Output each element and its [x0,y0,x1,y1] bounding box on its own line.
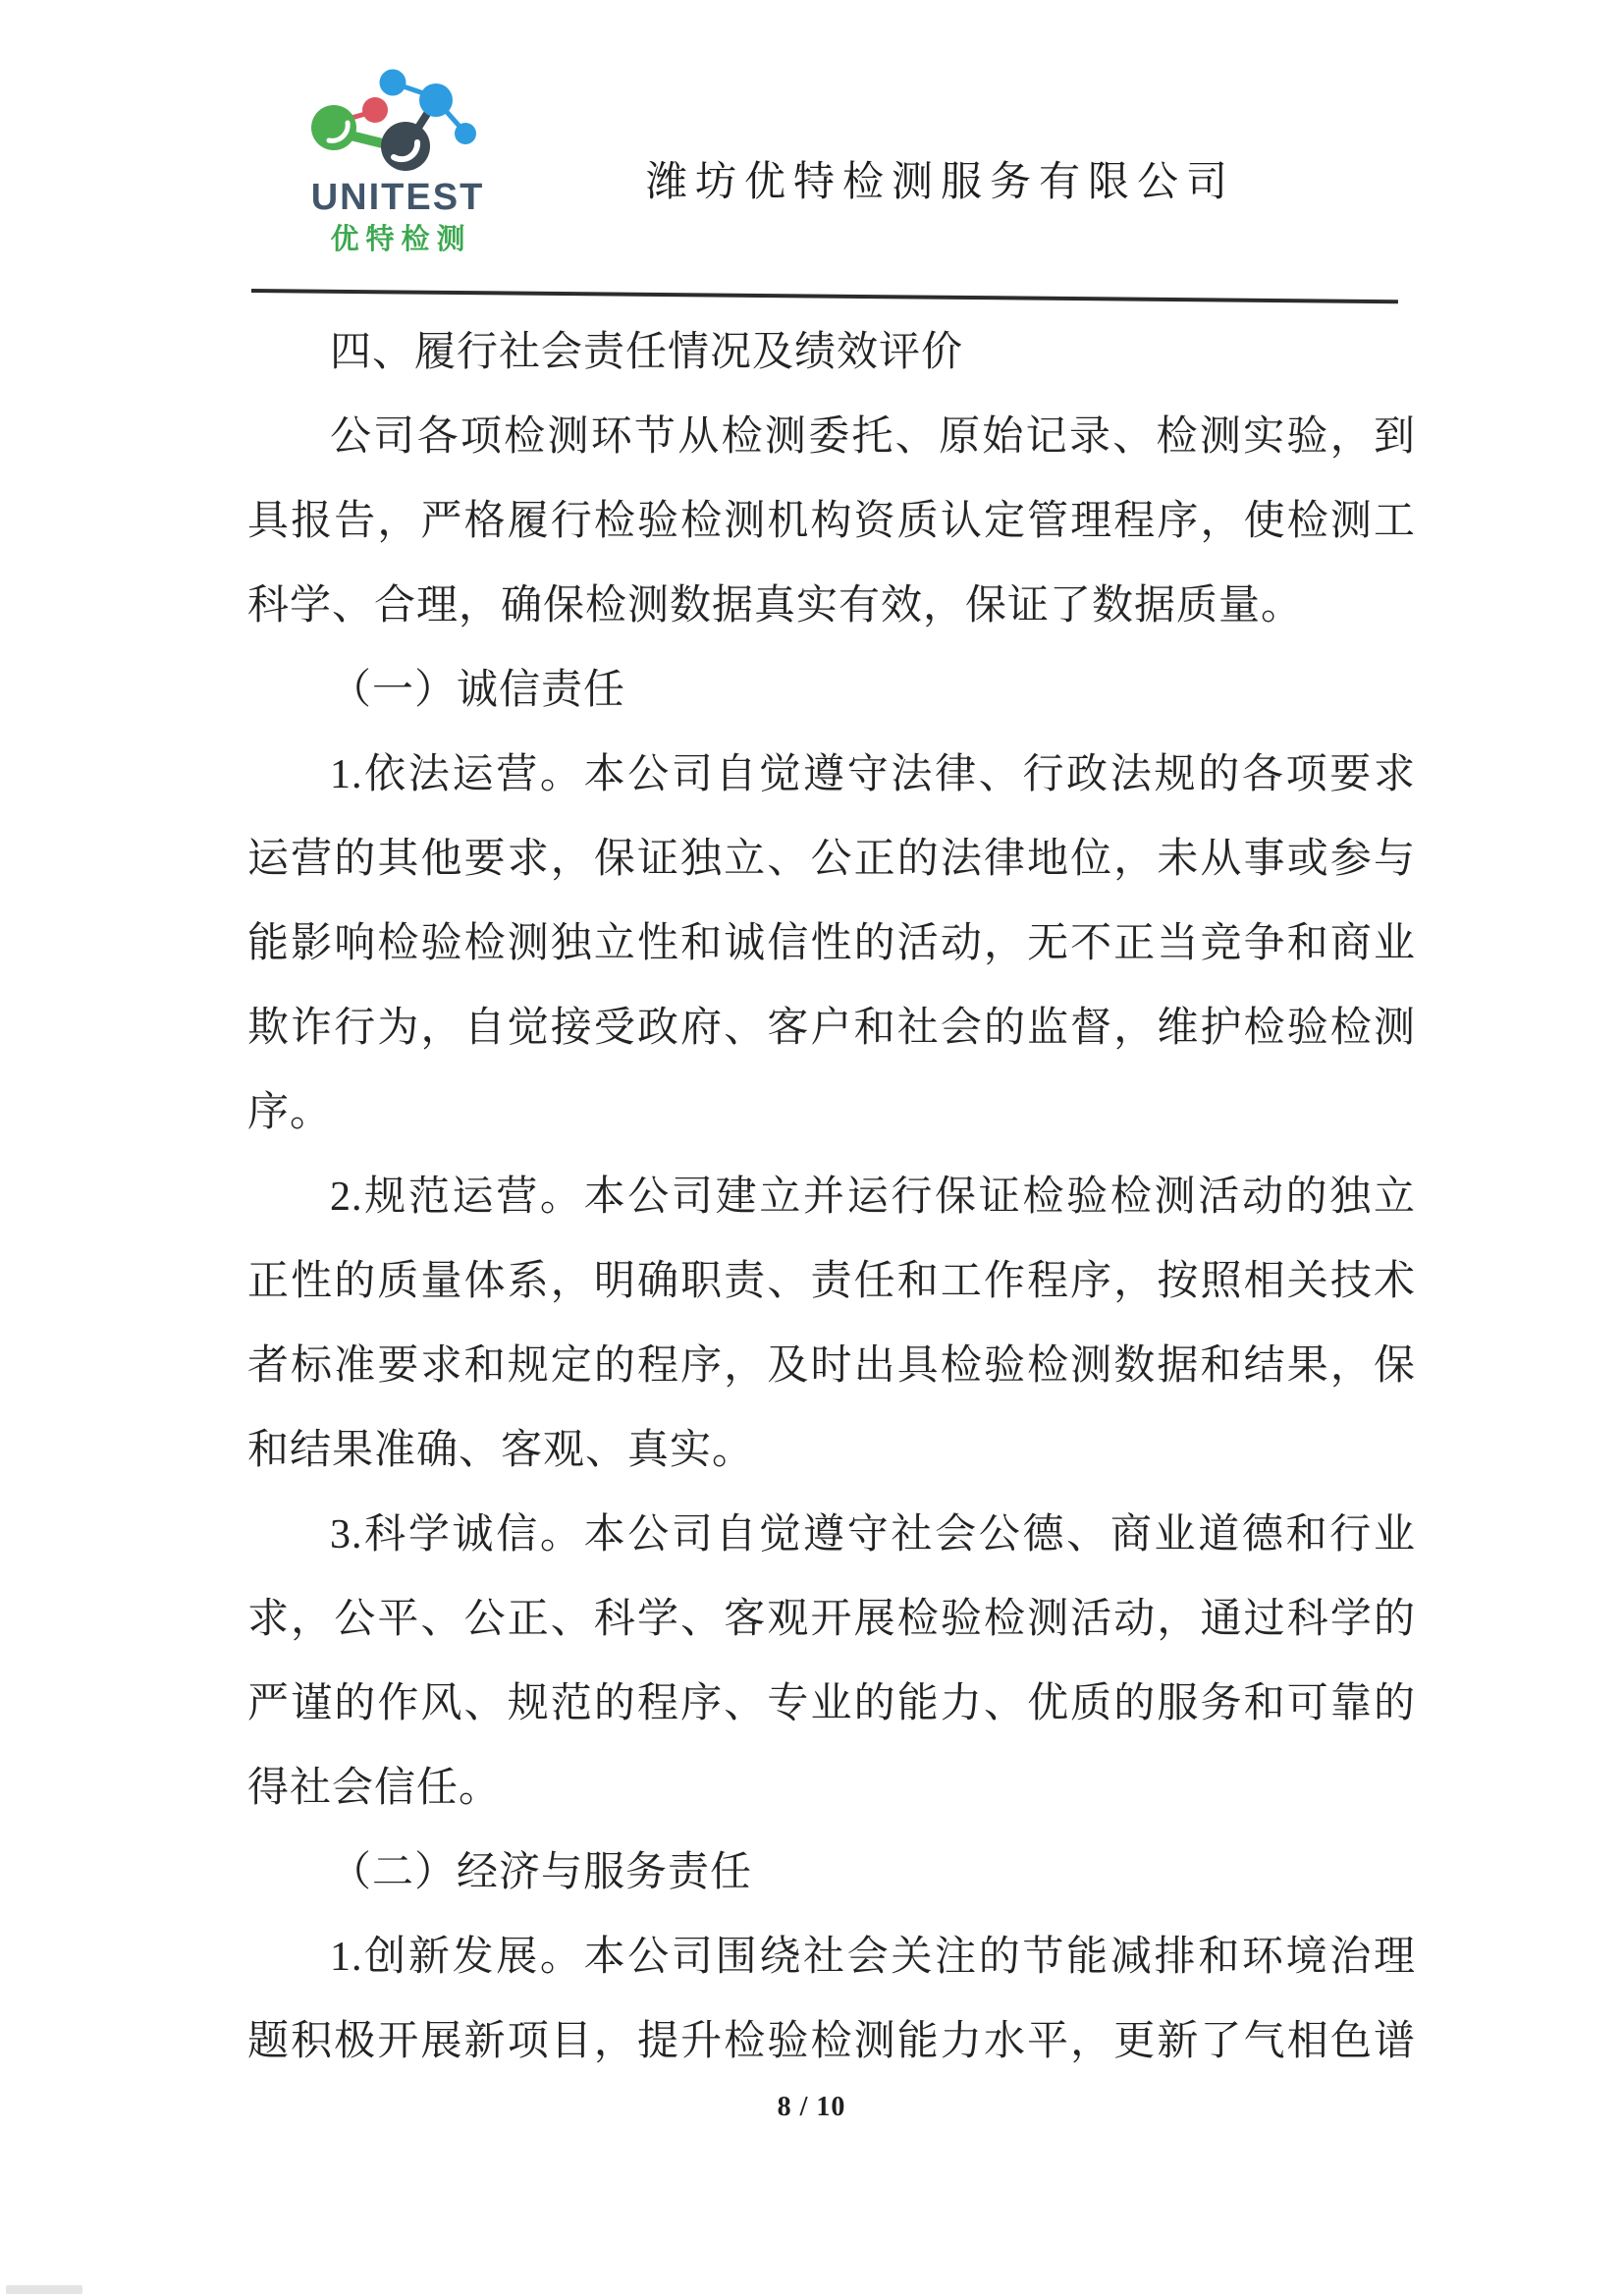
text-line: 具报告，严格履行检验检测机构资质认定管理程序，使检测工作严谨、 [247,479,1416,564]
text-line: 能影响检验检测独立性和诚信性的活动，无不正当竞争和商业贿赂及 [247,902,1416,986]
subheading-line: （一）诚信责任 [247,648,1416,733]
scan-artifact [6,2285,82,2294]
text-line: 3.科学诚信。本公司自觉遵守社会公德、商业道德和行业自律要 [247,1493,1416,1577]
text-line: 者标准要求和规定的程序，及时出具检验检测数据和结果，保证数据 [247,1324,1416,1408]
header-divider [251,289,1398,303]
text-line: 严谨的作风、规范的程序、专业的能力、优质的服务和可靠的结果取 [247,1662,1416,1746]
text-line: 公司各项检测环节从检测委托、原始记录、检测实验，到最后出 [247,395,1416,479]
text-line: 正性的质量体系，明确职责、责任和工作程序，按照相关技术规范或 [247,1239,1416,1324]
paragraph: 3.科学诚信。本公司自觉遵守社会公德、商业道德和行业自律要 求，公平、公正、科学… [247,1493,1416,1831]
company-name: 潍坊优特检测服务有限公司 [646,155,1235,210]
text-line: 题积极开展新项目，提升检验检测能力水平，更新了气相色谱仪、大 [247,1999,1416,2084]
heading-line: 四、履行社会责任情况及绩效评价 [247,310,1416,395]
text-line: 科学、合理，确保检测数据真实有效，保证了数据质量。 [247,564,1416,648]
text-line: 得社会信任。 [247,1746,1416,1831]
text-line: 1.依法运营。本公司自觉遵守法律、行政法规的各项要求和规范 [247,733,1416,817]
sub-heading: （一）诚信责任 [247,648,1416,733]
text-line: 序。 [247,1070,1416,1155]
text-line: 和结果准确、客观、真实。 [247,1408,1416,1493]
logo-brand-chinese: 优特检测 [291,217,505,257]
paragraph: 1.依法运营。本公司自觉遵守法律、行政法规的各项要求和规范 运营的其他要求，保证… [247,733,1416,1155]
section-heading: 四、履行社会责任情况及绩效评价 [247,310,1416,395]
text-line: 欺诈行为，自觉接受政府、客户和社会的监督，维护检验检测市场秩 [247,986,1416,1070]
subheading-line: （二）经济与服务责任 [247,1831,1416,1915]
text-line: 2.规范运营。本公司建立并运行保证检验检测活动的独立性和公 [247,1155,1416,1239]
paragraph: 公司各项检测环节从检测委托、原始记录、检测实验，到最后出 具报告，严格履行检验检… [247,395,1416,648]
molecule-icon [299,57,481,180]
logo-brand-latin: UNITEST [291,177,505,219]
text-line: 求，公平、公正、科学、客观开展检验检测活动，通过科学的手段、 [247,1577,1416,1662]
text-line: 运营的其他要求，保证独立、公正的法律地位，未从事或参与任何可 [247,817,1416,902]
paragraph: 1.创新发展。本公司围绕社会关注的节能减排和环境治理焦点问 题积极开展新项目，提… [247,1915,1416,2084]
sub-heading: （二）经济与服务责任 [247,1831,1416,1915]
page-number: 8 / 10 [0,2092,1623,2123]
text-line: 1.创新发展。本公司围绕社会关注的节能减排和环境治理焦点问 [247,1915,1416,1999]
paragraph: 2.规范运营。本公司建立并运行保证检验检测活动的独立性和公 正性的质量体系，明确… [247,1155,1416,1493]
document-body: 四、履行社会责任情况及绩效评价 公司各项检测环节从检测委托、原始记录、检测实验，… [247,310,1416,2084]
document-page: UNITEST 优特检测 潍坊优特检测服务有限公司 四、履行社会责任情况及绩效评… [0,0,1623,2296]
